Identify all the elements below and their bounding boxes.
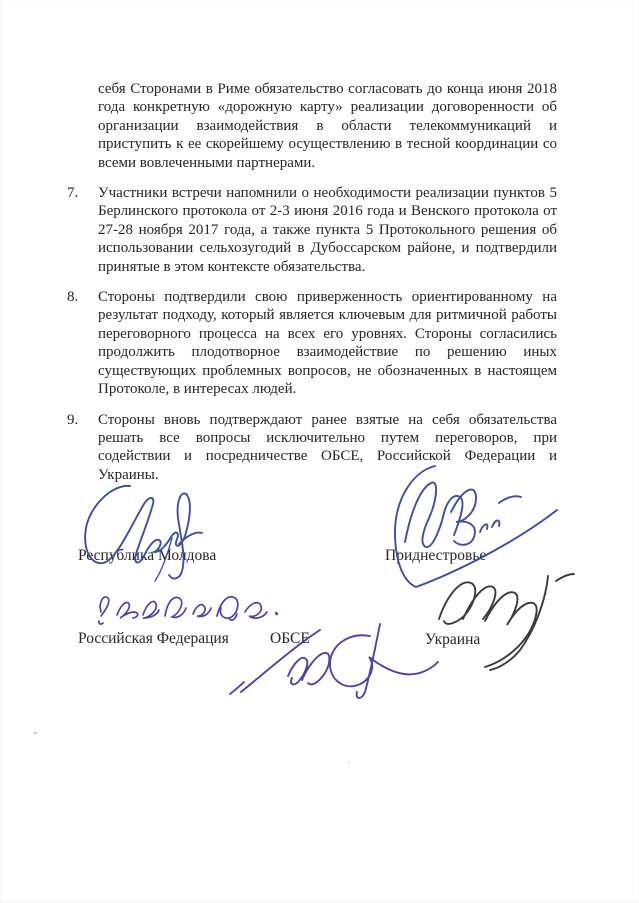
paragraph-8-text: Стороны подтвердили свою приверженность … [98,288,557,398]
paragraph-7-number: 7. [67,184,98,276]
text-block: себя Сторонами в Риме обязательство согл… [67,80,557,484]
document-page: себя Сторонами в Риме обязательство согл… [0,0,639,903]
paragraph-continuation: себя Сторонами в Риме обязательство согл… [98,80,557,172]
signature-ukraine [432,568,580,674]
scan-speck [348,761,350,763]
paragraph-8: 8. Стороны подтвердили свою приверженнос… [67,288,557,398]
signature-moldova [76,476,221,582]
signature-russia [92,590,282,626]
paragraph-7-text: Участники встречи напомнили о необходимо… [98,184,557,276]
signatory-label-russia: Российская Федерация [78,630,229,648]
scan-speck [34,732,37,734]
paragraph-8-number: 8. [67,288,98,398]
paragraph-7: 7. Участники встречи напомнили о необход… [67,184,557,276]
signature-osce [228,622,443,700]
paragraph-9-number: 9. [67,411,98,485]
